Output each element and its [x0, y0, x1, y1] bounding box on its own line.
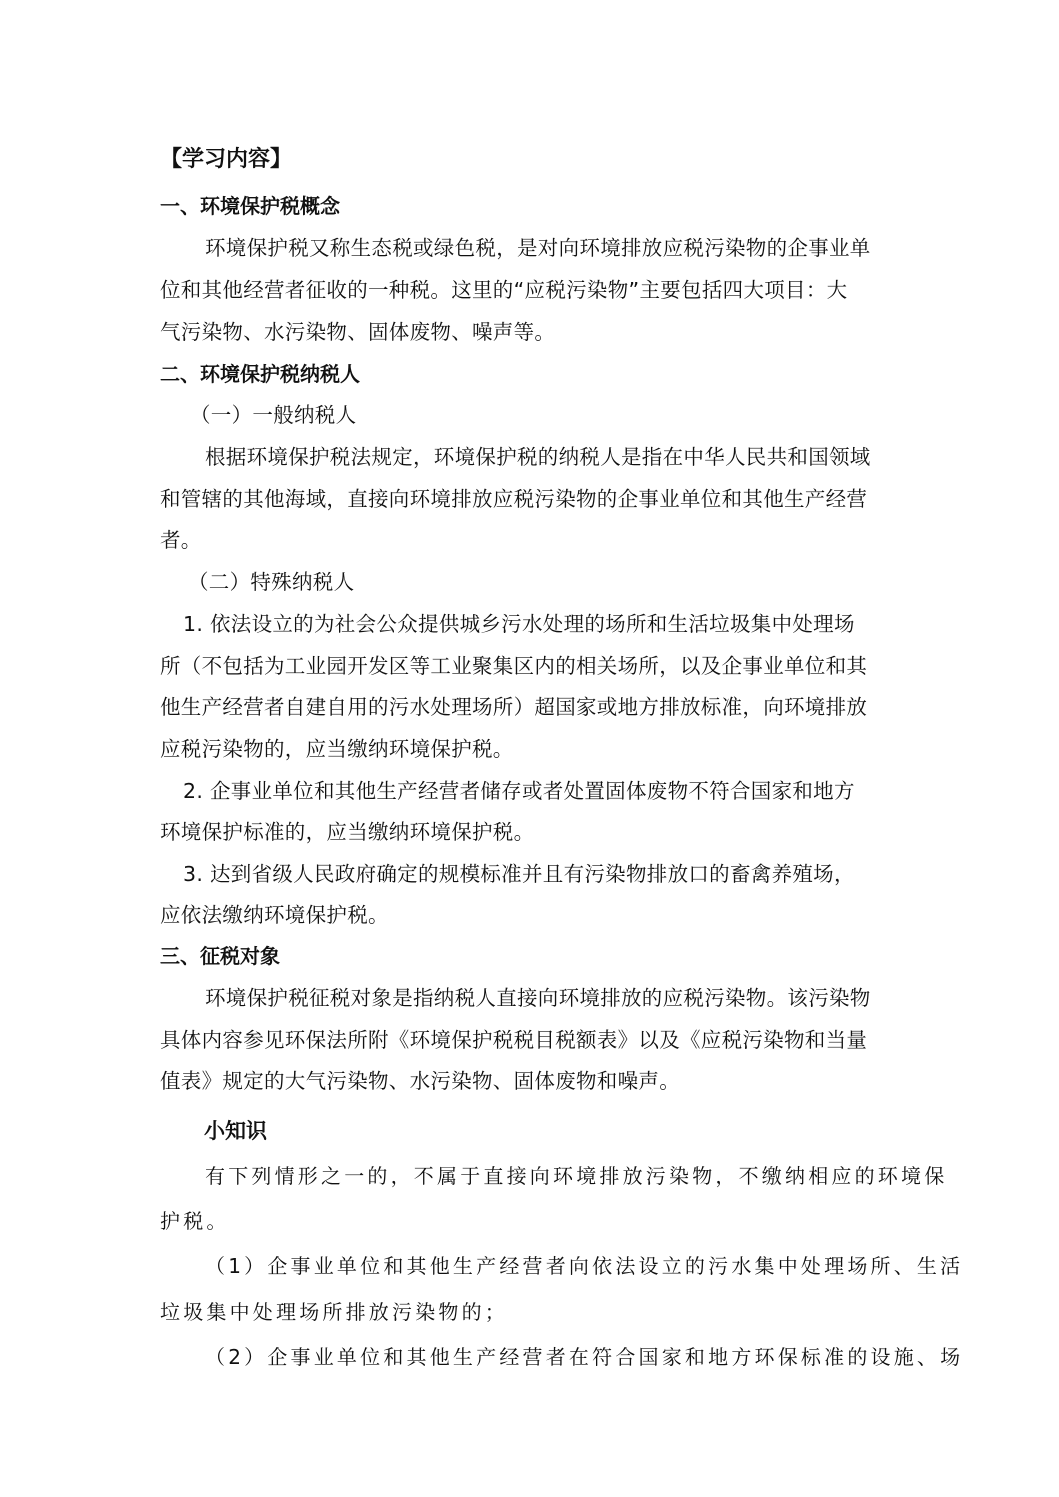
paragraph-line: 具体内容参见环保法所附《环境保护税税目税额表》以及《应税污染物和当量 [160, 1027, 867, 1053]
list-item-line: 1. 依法设立的为社会公众提供城乡污水处理的场所和生活垃圾集中处理场 [183, 611, 855, 637]
paragraph-line: 和管辖的其他海域，直接向环境排放应税污染物的企事业单位和其他生产经营 [160, 486, 867, 512]
section-title-taxpayer: 二、环境保护税纳税人 [160, 361, 360, 387]
list-item-line: 所（不包括为工业园开发区等工业聚集区内的相关场所，以及企事业单位和其 [160, 653, 867, 679]
list-item-line: 他生产经营者自建自用的污水处理场所）超国家或地方排放标准，向环境排放 [160, 694, 867, 720]
subsection-title-general: （一）一般纳税人 [190, 402, 356, 428]
tip-item-line: （2）企事业单位和其他生产经营者在符合国家和地方环保标准的设施、场 [205, 1344, 963, 1370]
content-header: 【学习内容】 [160, 147, 292, 173]
tip-line: 有下列情形之一的，不属于直接向环境排放污染物，不缴纳相应的环境保 [205, 1163, 947, 1189]
list-item-line: 2. 企事业单位和其他生产经营者储存或者处置固体废物不符合国家和地方 [183, 778, 855, 804]
tip-title: 小知识 [204, 1118, 267, 1144]
tip-item-line: （1）企事业单位和其他生产经营者向依法设立的污水集中处理场所、生活 [205, 1253, 963, 1279]
list-item-line: 环境保护标准的，应当缴纳环境保护税。 [160, 819, 534, 845]
paragraph-line: 根据环境保护税法规定，环境保护税的纳税人是指在中华人民共和国领域 [205, 444, 871, 470]
list-item-line: 应依法缴纳环境保护税。 [160, 902, 389, 928]
paragraph-line: 环境保护税又称生态税或绿色税，是对向环境排放应税污染物的企事业单 [205, 235, 871, 261]
list-item-line: 3. 达到省级人民政府确定的规模标准并且有污染物排放口的畜禽养殖场， [183, 861, 855, 887]
tip-item-line: 垃圾集中处理场所排放污染物的； [160, 1299, 508, 1325]
paragraph-line: 者。 [160, 527, 202, 553]
paragraph-line: 环境保护税征税对象是指纳税人直接向环境排放的应税污染物。该污染物 [205, 985, 871, 1011]
list-item-line: 应税污染物的，应当缴纳环境保护税。 [160, 736, 514, 762]
subsection-title-special: （二）特殊纳税人 [188, 569, 354, 595]
tip-line: 护税。 [160, 1208, 230, 1234]
paragraph-line: 气污染物、水污染物、固体废物、噪声等。 [160, 319, 555, 345]
paragraph-line: 位和其他经营者征收的一种税。这里的“应税污染物”主要包括四大项目：大 [160, 277, 847, 303]
section-title-object: 三、征税对象 [160, 943, 280, 969]
section-title-concept: 一、环境保护税概念 [160, 193, 340, 219]
paragraph-line: 值表》规定的大气污染物、水污染物、固体废物和噪声。 [160, 1068, 680, 1094]
